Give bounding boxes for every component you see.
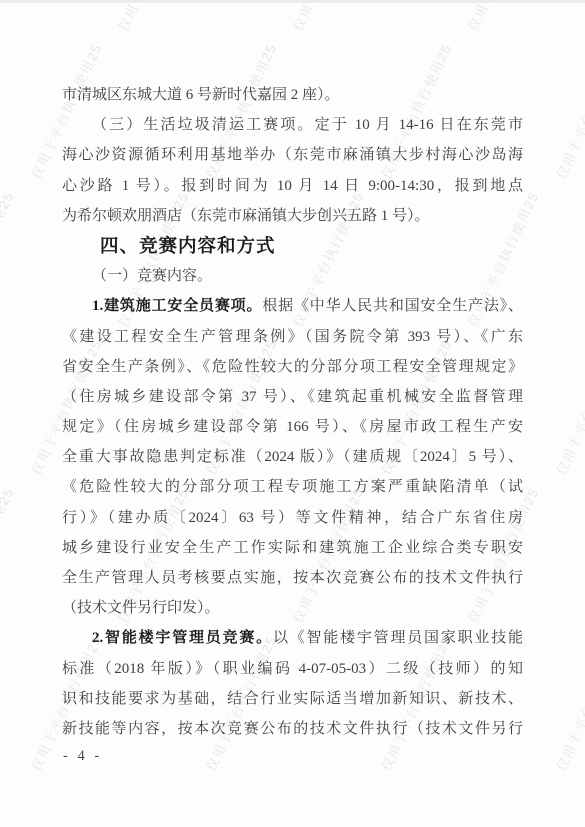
line-text: 心沙路 1 号）。报到时间为 10 月 14 日 9:00-14:30，报到地点 [62, 178, 523, 194]
line-emphasis: 四、竞赛内容和方式 [100, 235, 276, 256]
watermark-text: 仅用于平台执行使用25 [551, 632, 585, 774]
line-emphasis: 1.建筑施工安全员赛项。 [92, 298, 262, 314]
line-text: 省安全生产条例》、《危险性较大的分部分项工程安全管理规定》 [62, 359, 523, 375]
document-line: 城乡建设行业安全生产工作实际和建筑施工企业综合类专职安 [62, 533, 523, 563]
line-text: （三）生活垃圾清运工赛项。定于 10 月 14-16 日在东莞市 [92, 117, 523, 133]
document-line: 四、竞赛内容和方式 [62, 231, 523, 261]
document-line: （三）生活垃圾清运工赛项。定于 10 月 14-16 日在东莞市 [62, 110, 523, 140]
line-text: （住房城乡建设部令第 37 号）、《建筑起重机械安全监督管理 [62, 389, 523, 405]
line-text: 以《智能楼宇管理员国家职业技能 [273, 630, 523, 646]
line-text: 新技能等内容，按本次竞赛公布的技术文件执行（技术文件另行 [62, 721, 523, 737]
line-text: 规定》（住房城乡建设部令第 166 号）、《房屋市政工程生产安 [62, 419, 523, 435]
document-line: （住房城乡建设部令第 37 号）、《建筑起重机械安全监督管理 [62, 382, 523, 412]
line-text: 为希尔顿欢朋酒店（东莞市麻涌镇大步创兴五路 1 号）。 [62, 208, 430, 224]
document-line: 《危险性较大的分部分项工程专项施工方案严重缺陷清单（试 [62, 472, 523, 502]
document-line: 《建设工程安全生产管理条例》（国务院令第 393 号）、《广东 [62, 322, 523, 352]
document-line: 省安全生产条例》、《危险性较大的分部分项工程安全管理规定》 [62, 352, 523, 382]
document-line: 海心沙资源循环利用基地举办（东莞市麻涌镇大步村海心沙岛海 [62, 140, 523, 170]
line-text: 根据《中华人民共和国安全生产法》、 [262, 298, 523, 314]
watermark-text: 仅用于平台执行使用25 [288, 0, 368, 34]
line-text: 全重大事故隐患判定标准（2024 版）》（建质规〔2024〕5 号）、 [62, 449, 523, 465]
document-line: 市清城区东城大道 6 号新时代嘉园 2 座）。 [62, 80, 523, 110]
line-text: （一）竞赛内容。 [92, 268, 212, 284]
line-text: 标准（2018 年版）》（职业编码 4-07-05-03）二级（技师）的知 [62, 661, 523, 677]
line-text: 《建设工程安全生产管理条例》（国务院令第 393 号）、《广东 [62, 329, 523, 345]
watermark-text: 仅用于平台执行使用25 [463, 0, 543, 34]
watermark-text: 仅用于平台执行使用25 [551, 336, 585, 478]
document-line: 标准（2018 年版）》（职业编码 4-07-05-03）二级（技师）的知 [62, 654, 523, 684]
watermark-text: 仅用于平台执行使用25 [0, 0, 18, 34]
line-text: 识和技能要求为基础，结合行业实际适当增加新知识、新技术、 [62, 691, 523, 707]
document-line: 心沙路 1 号）。报到时间为 10 月 14 日 9:00-14:30，报到地点 [62, 171, 523, 201]
document-line: 新技能等内容，按本次竞赛公布的技术文件执行（技术文件另行 [62, 714, 523, 744]
watermark-text: 仅用于平台执行使用25 [551, 40, 585, 182]
document-line: 1.建筑施工安全员赛项。根据《中华人民共和国安全生产法》、 [62, 291, 523, 321]
document-line: 全生产管理人员考核要点实施，按本次竞赛公布的技术文件执行 [62, 563, 523, 593]
line-text: （技术文件另行印发）。 [62, 600, 220, 616]
line-text: 城乡建设行业安全生产工作实际和建筑施工企业综合类专职安 [62, 540, 523, 556]
scan-edge [0, 0, 585, 3]
document-line: （技术文件另行印发）。 [62, 593, 523, 623]
line-text: 市清城区东城大道 6 号新时代嘉园 2 座）。 [62, 87, 340, 103]
line-text: 行）》（建办质〔2024〕63 号）等文件精神，结合广东省住房 [62, 510, 523, 526]
watermark-text: 仅用于平台执行使用25 [0, 484, 18, 626]
line-text: 《危险性较大的分部分项工程专项施工方案严重缺陷清单（试 [62, 479, 523, 495]
scanned-document-page: 仅用于平台执行使用25仅用于平台执行使用25仅用于平台执行使用25仅用于平台执行… [0, 0, 585, 827]
watermark-text: 仅用于平台执行使用25 [113, 0, 193, 34]
document-line: 为希尔顿欢朋酒店（东莞市麻涌镇大步创兴五路 1 号）。 [62, 201, 523, 231]
document-line: （一）竞赛内容。 [62, 261, 523, 291]
document-body: 市清城区东城大道 6 号新时代嘉园 2 座）。（三）生活垃圾清运工赛项。定于 1… [62, 80, 523, 744]
document-line: 识和技能要求为基础，结合行业实际适当增加新知识、新技术、 [62, 684, 523, 714]
line-text: 海心沙资源循环利用基地举办（东莞市麻涌镇大步村海心沙岛海 [62, 147, 523, 163]
line-text: 全生产管理人员考核要点实施，按本次竞赛公布的技术文件执行 [62, 570, 523, 586]
watermark-text: 仅用于平台执行使用25 [0, 188, 18, 330]
document-line: 行）》（建办质〔2024〕63 号）等文件精神，结合广东省住房 [62, 503, 523, 533]
document-line: 全重大事故隐患判定标准（2024 版）》（建质规〔2024〕5 号）、 [62, 442, 523, 472]
document-line: 规定》（住房城乡建设部令第 166 号）、《房屋市政工程生产安 [62, 412, 523, 442]
page-number: - 4 - [63, 748, 102, 765]
line-emphasis: 2.智能楼宇管理员竞赛。 [92, 630, 273, 646]
document-line: 2.智能楼宇管理员竞赛。以《智能楼宇管理员国家职业技能 [62, 623, 523, 653]
